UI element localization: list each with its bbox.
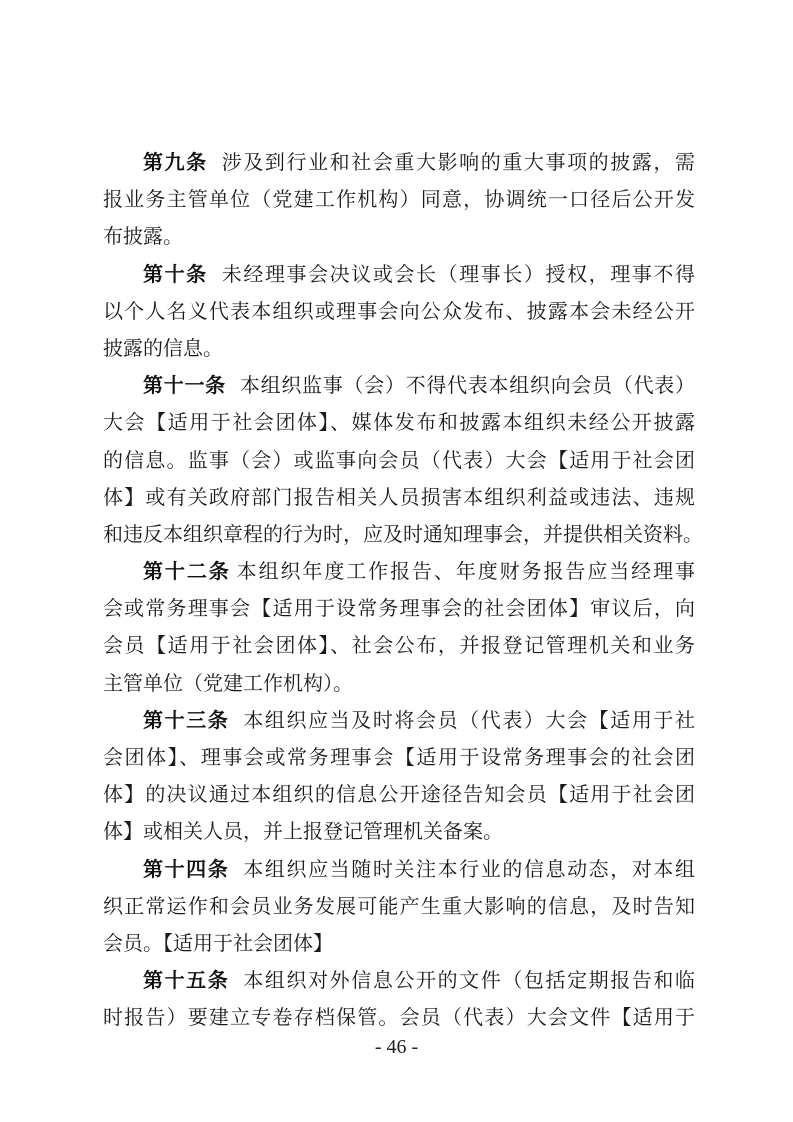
article-10: 第十条未经理事会决议或会长（理事长）授权，理事不得 以个人名义代表本组织或理事会…	[103, 256, 695, 368]
page-number: - 46 -	[0, 1036, 793, 1059]
article-line: 第十条未经理事会决议或会长（理事长）授权，理事不得	[103, 256, 695, 293]
article-heading: 第十条	[143, 262, 208, 286]
article-text: 本组织监事（会）不得代表本组织向会员（代表）	[240, 373, 695, 397]
article-line: 第十四条本组织应当随时关注本行业的信息动态，对本组	[103, 851, 695, 888]
article-line: 体】或有关政府部门报告相关人员损害本组织利益或违法、违规	[103, 479, 695, 516]
article-text: 涉及到行业和社会重大影响的重大事项的披露，需	[222, 150, 695, 174]
article-line: 会或常务理事会【适用于设常务理事会的社会团体】审议后，向	[103, 590, 695, 627]
article-text: 未经理事会决议或会长（理事长）授权，理事不得	[222, 262, 695, 286]
article-line: 以个人名义代表本组织或理事会向公众发布、披露本会未经公开	[103, 293, 695, 330]
document-page: 第九条涉及到行业和社会重大影响的重大事项的披露，需 报业务主管单位（党建工作机构…	[0, 0, 793, 1122]
article-line: 报业务主管单位（党建工作机构）同意，协调统一口径后公开发	[103, 181, 695, 218]
article-line: 主管单位（党建工作机构）。	[103, 665, 695, 702]
article-line: 的信息。监事（会）或监事向会员（代表）大会【适用于社会团	[103, 442, 695, 479]
article-text: 本组织应当及时将会员（代表）大会【适用于社	[243, 708, 695, 732]
article-heading: 第十一条	[143, 373, 226, 397]
article-line: 第十三条本组织应当及时将会员（代表）大会【适用于社	[103, 702, 695, 739]
article-line: 时报告）要建立专卷存档保管。会员（代表）大会文件【适用于	[103, 999, 695, 1036]
article-line: 第十一条本组织监事（会）不得代表本组织向会员（代表）	[103, 367, 695, 404]
article-line: 体】的决议通过本组织的信息公开途径告知会员【适用于社会团	[103, 776, 695, 813]
article-line: 会员。【适用于社会团体】	[103, 925, 695, 962]
document-body: 第九条涉及到行业和社会重大影响的重大事项的披露，需 报业务主管单位（党建工作机构…	[103, 144, 695, 1037]
article-line: 第九条涉及到行业和社会重大影响的重大事项的披露，需	[103, 144, 695, 181]
article-text: 本组织应当随时关注本行业的信息动态，对本组	[243, 857, 695, 881]
article-heading: 第十三条	[143, 708, 229, 732]
article-text: 本组织对外信息公开的文件（包括定期报告和临	[243, 968, 695, 992]
article-15: 第十五条本组织对外信息公开的文件（包括定期报告和临 时报告）要建立专卷存档保管。…	[103, 962, 695, 1036]
article-line: 披露的信息。	[103, 330, 695, 367]
article-heading: 第十四条	[143, 857, 229, 881]
article-line: 会员【适用于社会团体】、社会公布，并报登记管理机关和业务	[103, 627, 695, 664]
article-heading: 第十五条	[143, 968, 229, 992]
article-line: 大会【适用于社会团体】、媒体发布和披露本组织未经公开披露	[103, 404, 695, 441]
article-11: 第十一条本组织监事（会）不得代表本组织向会员（代表） 大会【适用于社会团体】、媒…	[103, 367, 695, 553]
article-12: 第十二条本组织年度工作报告、年度财务报告应当经理事 会或常务理事会【适用于设常务…	[103, 553, 695, 702]
article-heading: 第九条	[143, 150, 208, 174]
article-line: 第十五条本组织对外信息公开的文件（包括定期报告和临	[103, 962, 695, 999]
article-line: 会团体】、理事会或常务理事会【适用于设常务理事会的社会团	[103, 739, 695, 776]
article-line: 布披露。	[103, 218, 695, 255]
article-line: 和违反本组织章程的行为时，应及时通知理事会，并提供相关资料。	[103, 516, 695, 553]
article-text: 本组织年度工作报告、年度财务报告应当经理事	[237, 559, 695, 583]
article-14: 第十四条本组织应当随时关注本行业的信息动态，对本组 织正常运作和会员业务发展可能…	[103, 851, 695, 963]
article-13: 第十三条本组织应当及时将会员（代表）大会【适用于社 会团体】、理事会或常务理事会…	[103, 702, 695, 851]
article-heading: 第十二条	[143, 559, 231, 583]
article-line: 织正常运作和会员业务发展可能产生重大影响的信息，及时告知	[103, 888, 695, 925]
article-line: 体】或相关人员，并上报登记管理机关备案。	[103, 813, 695, 850]
article-9: 第九条涉及到行业和社会重大影响的重大事项的披露，需 报业务主管单位（党建工作机构…	[103, 144, 695, 256]
article-line: 第十二条本组织年度工作报告、年度财务报告应当经理事	[103, 553, 695, 590]
